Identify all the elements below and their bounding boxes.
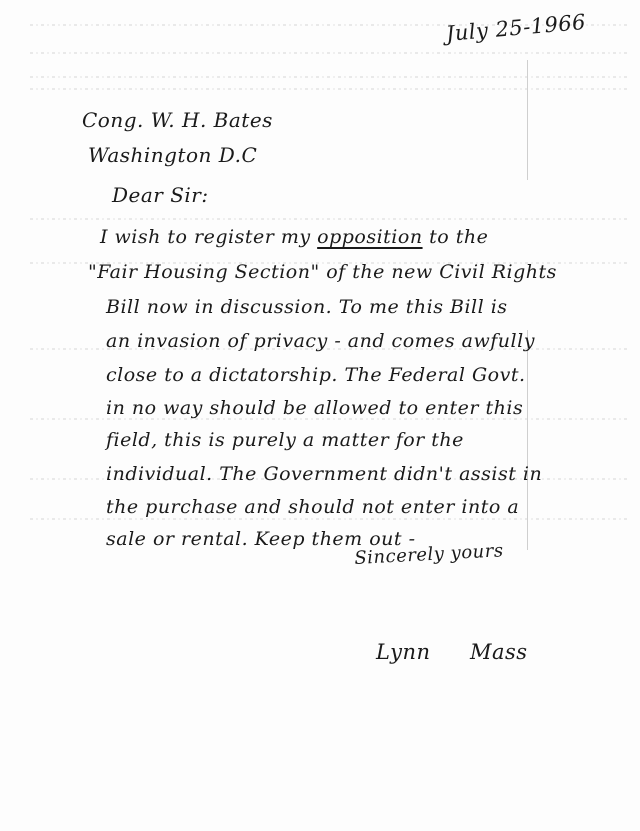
body-line: field, this is purely a matter for the [106,429,464,451]
body-line: the purchase and should not enter into a [106,496,519,518]
fold-line [527,330,528,550]
bleed-through-line [30,76,630,78]
body-line: I wish to register my opposition to the [100,226,488,248]
recipient-city: Washington D.C [88,143,257,167]
letter-page: July 25-1966 Cong. W. H. Bates Washingto… [0,0,640,831]
letter-date: July 25-1966 [445,10,587,46]
signature-state: Mass [470,640,528,664]
body-line: Bill now in discussion. To me this Bill … [106,296,508,318]
body-line: in no way should be allowed to enter thi… [106,397,523,419]
body-line: an invasion of privacy - and comes awful… [106,330,535,352]
underlined-word: opposition [317,226,422,248]
bleed-through-line [30,518,630,520]
bleed-through-line [30,218,630,220]
salutation: Dear Sir: [112,183,209,207]
body-line: close to a dictatorship. The Federal Gov… [106,364,526,386]
fold-line [527,60,528,180]
body-line: individual. The Government didn't assist… [106,463,542,485]
bleed-through-line [30,88,630,90]
recipient-name: Cong. W. H. Bates [82,108,273,132]
signature-city: Lynn [376,640,431,664]
bleed-through-line [30,52,630,54]
body-line: "Fair Housing Section" of the new Civil … [88,261,557,283]
